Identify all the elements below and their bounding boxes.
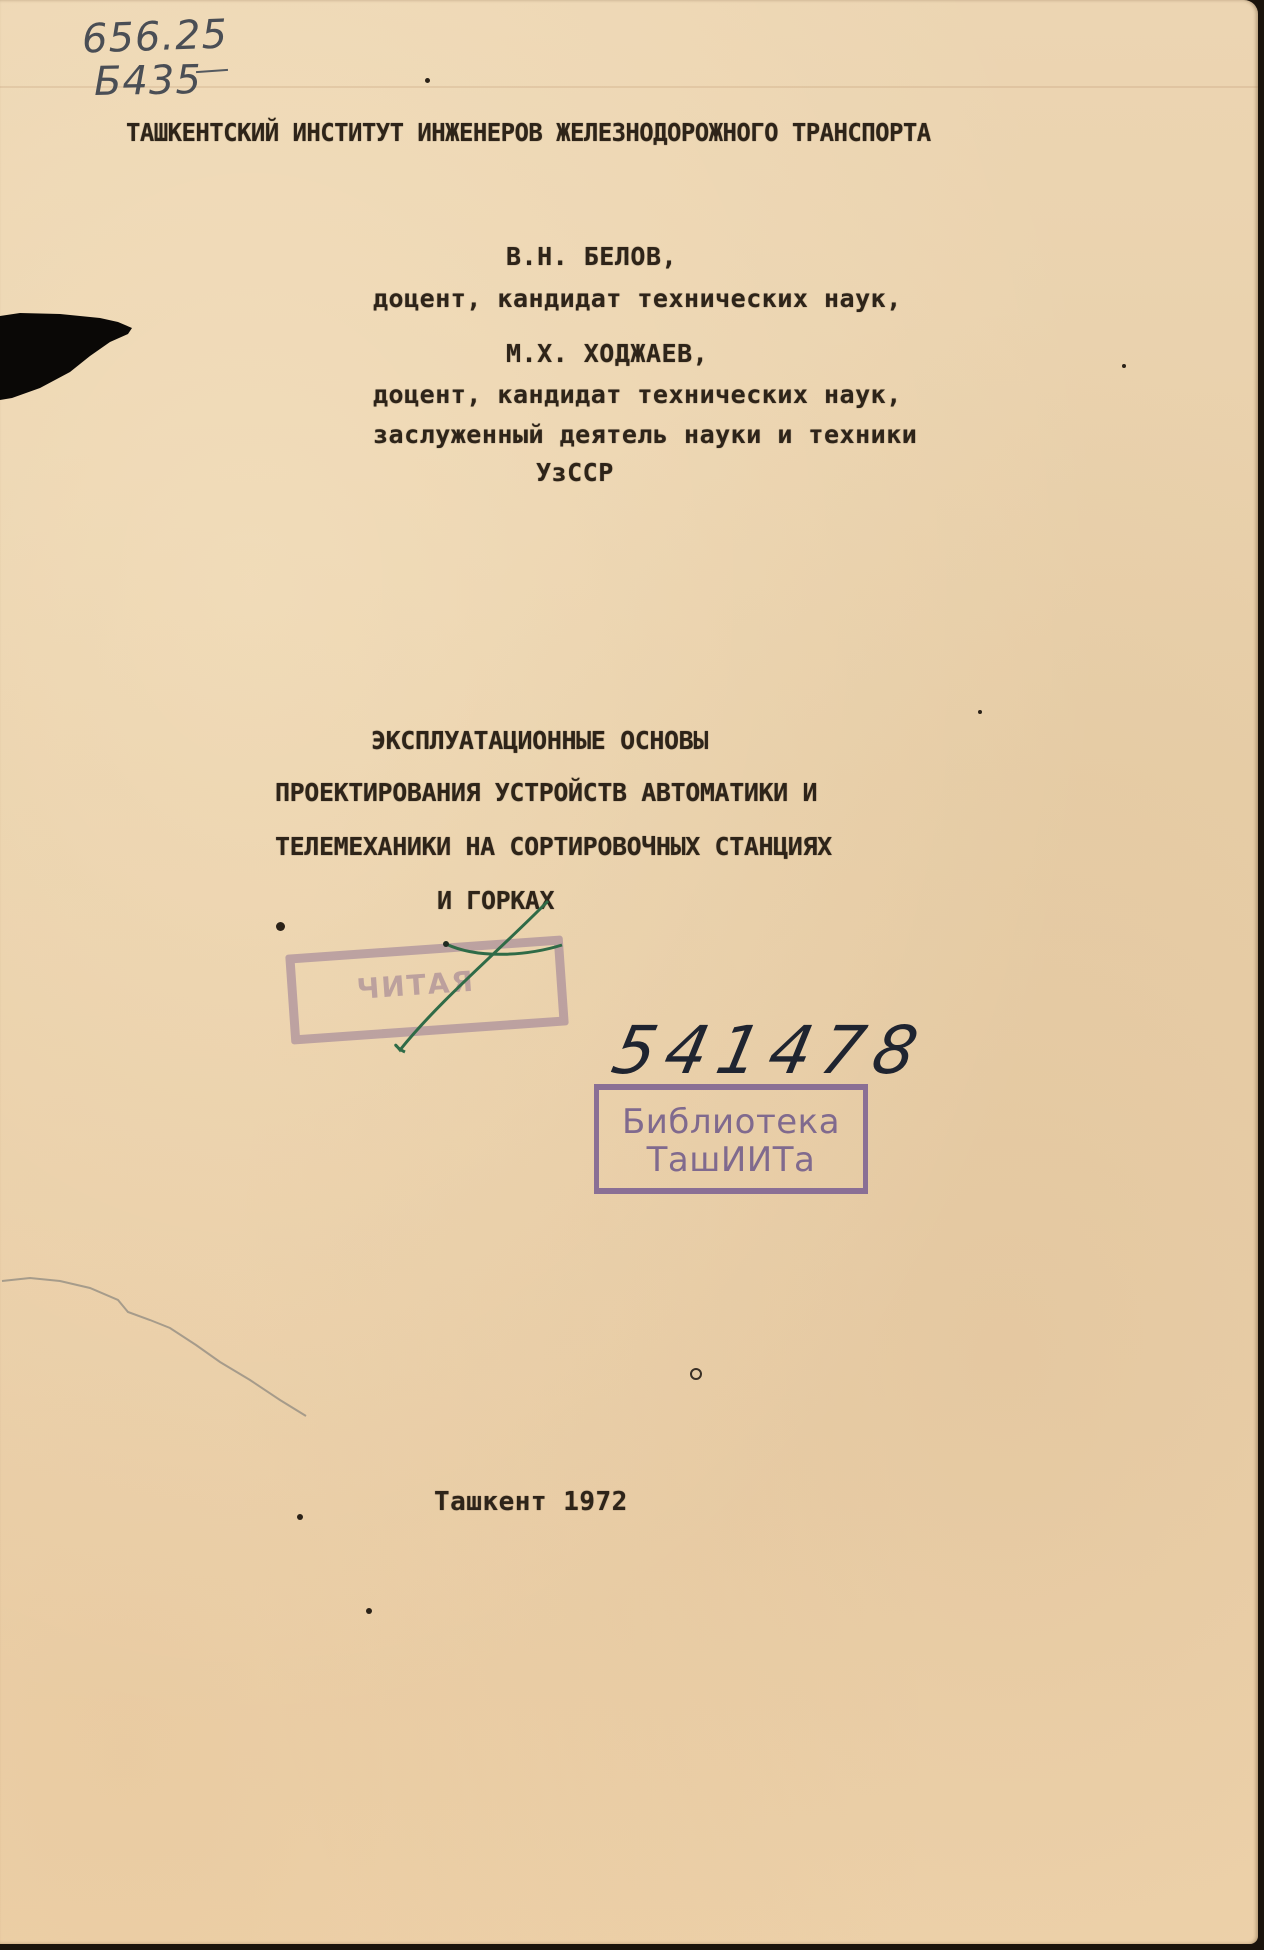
author-2-credentials-2: заслуженный деятель науки и техники [373, 420, 917, 449]
ink-speck [425, 78, 430, 83]
author-2-credentials-3: УзССР [536, 458, 614, 487]
library-stamp-line-1: Библиотека [599, 1102, 863, 1142]
ink-speck [978, 710, 982, 714]
institution-name: ТАШКЕНТСКИЙ ИНСТИТУТ ИНЖЕНЕРОВ ЖЕЛЕЗНОДО… [126, 118, 931, 147]
library-stamp-line-2: ТашИИТа [599, 1140, 863, 1180]
torn-edge-notch [0, 313, 132, 400]
document-page: 656.25 Б435 ТАШКЕНТСКИЙ ИНСТИТУТ ИНЖЕНЕР… [0, 0, 1258, 1944]
paper-crease [2, 1278, 306, 1416]
title-line-4: И ГОРКАХ [437, 886, 554, 915]
ink-speck [297, 1514, 303, 1520]
faded-reader-stamp: ЧИТАЯ [285, 935, 569, 1044]
library-stamp: Библиотека ТашИИТа [594, 1084, 868, 1194]
author-2-credentials-1: доцент, кандидат технических наук, [373, 380, 902, 409]
imprint-place-year: Ташкент 1972 [434, 1487, 628, 1517]
author-1-name: В.Н. БЕЛОВ, [506, 242, 677, 271]
title-line-1: ЭКСПЛУАТАЦИОННЫЕ ОСНОВЫ [371, 726, 708, 755]
author-2-name: М.Х. ХОДЖАЕВ, [506, 339, 708, 368]
title-line-3: ТЕЛЕМЕХАНИКИ НА СОРТИРОВОЧНЫХ СТАНЦИЯХ [275, 832, 832, 861]
shelfmark-class-number: 656.25 [81, 11, 228, 62]
shelfmark-author-code: Б435 [94, 57, 203, 105]
ink-speck [366, 1608, 372, 1614]
small-ring-mark [690, 1368, 702, 1380]
inventory-number: 541478 [606, 1012, 934, 1089]
ink-speck [276, 922, 285, 931]
ink-speck [1122, 364, 1126, 368]
title-line-2: ПРОЕКТИРОВАНИЯ УСТРОЙСТВ АВТОМАТИКИ И [275, 778, 817, 807]
author-1-credentials: доцент, кандидат технических наук, [373, 284, 902, 313]
faded-stamp-text: ЧИТАЯ [356, 965, 476, 1006]
